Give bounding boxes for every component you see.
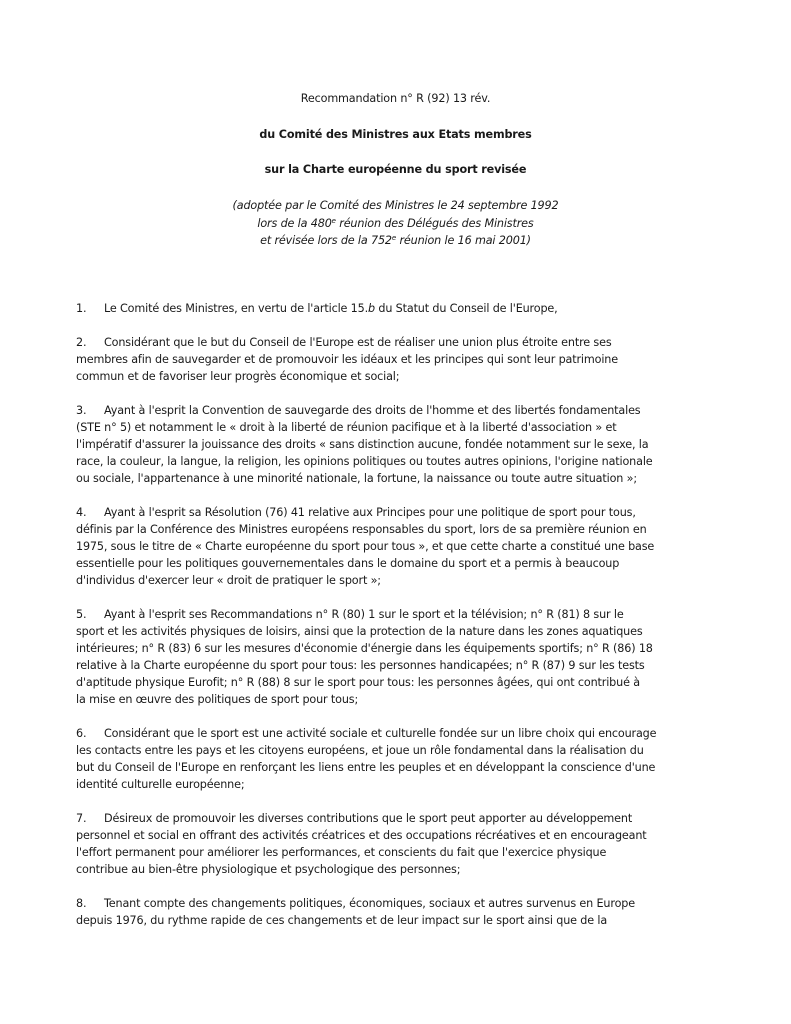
addressee-heading: du Comité des Ministres aux Etats membre… xyxy=(0,128,791,141)
paragraph-line: l'effort permanent pour améliorer les pe… xyxy=(76,844,716,861)
adoption-line-3: et révisée lors de la 752e réunion le 16… xyxy=(0,232,791,250)
paragraph-number: 2. xyxy=(76,334,104,351)
paragraph-line-text: contribue au bien-être physiologique et … xyxy=(76,863,460,876)
paragraph-2: 2.Considérant que le but du Conseil de l… xyxy=(76,334,716,385)
paragraph-line: essentielle pour les politiques gouverne… xyxy=(76,555,716,572)
paragraph-line-text: personnel et social en offrant des activ… xyxy=(76,829,647,842)
paragraph-line-text: sport et les activités physiques de lois… xyxy=(76,625,643,638)
paragraph-line-text: la mise en œuvre des politiques de sport… xyxy=(76,693,358,706)
paragraph-line: ou sociale, l'appartenance à une minorit… xyxy=(76,470,716,487)
paragraph-line: l'impératif d'assurer la jouissance des … xyxy=(76,436,716,453)
paragraph-number: 1. xyxy=(76,300,104,317)
recommendation-number: Recommandation n° R (92) 13 rév. xyxy=(0,92,791,105)
paragraph-line: 3.Ayant à l'esprit la Convention de sauv… xyxy=(76,402,716,419)
paragraph-line-text: (STE n° 5) et notamment le « droit à la … xyxy=(76,421,616,434)
paragraph-number: 4. xyxy=(76,504,104,521)
document-page: Recommandation n° R (92) 13 rév. du Comi… xyxy=(0,0,791,1024)
paragraph-line: race, la couleur, la langue, la religion… xyxy=(76,453,716,470)
paragraph-line: d'aptitude physique Eurofit; n° R (88) 8… xyxy=(76,674,716,691)
paragraph-line: 2.Considérant que le but du Conseil de l… xyxy=(76,334,716,351)
paragraph-number: 5. xyxy=(76,606,104,623)
paragraph-line-text: 1975, sous le titre de « Charte européen… xyxy=(76,540,654,553)
paragraph-line: depuis 1976, du rythme rapide de ces cha… xyxy=(76,912,716,929)
paragraph-line: intérieures; n° R (83) 6 sur les mesures… xyxy=(76,640,716,657)
paragraph-line: commun et de favoriser leur progrès écon… xyxy=(76,368,716,385)
paragraph-4: 4.Ayant à l'esprit sa Résolution (76) 41… xyxy=(76,504,716,589)
adoption-line-2-rest: réunion des Délégués des Ministres xyxy=(336,217,534,230)
paragraph-line: 1975, sous le titre de « Charte européen… xyxy=(76,538,716,555)
paragraph-line: sport et les activités physiques de lois… xyxy=(76,623,716,640)
paragraph-line-text: d'individus d'exercer leur « droit de pr… xyxy=(76,574,381,587)
paragraph-number: 7. xyxy=(76,810,104,827)
paragraph-line-text: membres afin de sauvegarder et de promou… xyxy=(76,353,618,366)
paragraph-line-text: Ayant à l'esprit ses Recommandations n° … xyxy=(104,608,624,621)
adoption-line-1: (adoptée par le Comité des Ministres le … xyxy=(0,197,791,215)
paragraph-line-text: relative à la Charte européenne du sport… xyxy=(76,659,645,672)
paragraph-number: 6. xyxy=(76,725,104,742)
paragraph-line-text: Désireux de promouvoir les diverses cont… xyxy=(104,812,632,825)
paragraph-line: les contacts entre les pays et les citoy… xyxy=(76,742,716,759)
paragraph-line-text: Ayant à l'esprit sa Résolution (76) 41 r… xyxy=(104,506,636,519)
adoption-line-3-text: et révisée lors de la 752 xyxy=(260,234,392,247)
paragraph-1: 1.Le Comité des Ministres, en vertu de l… xyxy=(76,300,716,317)
paragraph-line-text: essentielle pour les politiques gouverne… xyxy=(76,557,619,570)
paragraph-line-text: l'impératif d'assurer la jouissance des … xyxy=(76,438,648,451)
adoption-note: (adoptée par le Comité des Ministres le … xyxy=(0,197,791,250)
paragraph-line: 7.Désireux de promouvoir les diverses co… xyxy=(76,810,716,827)
paragraph-line-text: depuis 1976, du rythme rapide de ces cha… xyxy=(76,914,607,927)
paragraph-line: la mise en œuvre des politiques de sport… xyxy=(76,691,716,708)
paragraph-line: contribue au bien-être physiologique et … xyxy=(76,861,716,878)
paragraph-line-text: d'aptitude physique Eurofit; n° R (88) 8… xyxy=(76,676,640,689)
paragraph-line: 1.Le Comité des Ministres, en vertu de l… xyxy=(76,300,716,317)
paragraph-line-text: Le Comité des Ministres, en vertu de l'a… xyxy=(104,302,558,315)
paragraph-line-text: Considérant que le but du Conseil de l'E… xyxy=(104,336,612,349)
paragraph-number: 8. xyxy=(76,895,104,912)
paragraph-line-text: Tenant compte des changements politiques… xyxy=(104,897,635,910)
paragraph-line: 4.Ayant à l'esprit sa Résolution (76) 41… xyxy=(76,504,716,521)
paragraph-5: 5.Ayant à l'esprit ses Recommandations n… xyxy=(76,606,716,708)
paragraph-line: (STE n° 5) et notamment le « droit à la … xyxy=(76,419,716,436)
paragraph-line-text: race, la couleur, la langue, la religion… xyxy=(76,455,653,468)
paragraph-line-text: identité culturelle européenne; xyxy=(76,778,244,791)
paragraph-line: identité culturelle européenne; xyxy=(76,776,716,793)
paragraph-line: 5.Ayant à l'esprit ses Recommandations n… xyxy=(76,606,716,623)
paragraph-line: personnel et social en offrant des activ… xyxy=(76,827,716,844)
paragraph-line: but du Conseil de l'Europe en renforçant… xyxy=(76,759,716,776)
paragraph-line-text: les contacts entre les pays et les citoy… xyxy=(76,744,644,757)
paragraph-7: 7.Désireux de promouvoir les diverses co… xyxy=(76,810,716,878)
paragraph-line: d'individus d'exercer leur « droit de pr… xyxy=(76,572,716,589)
paragraph-line-text: Considérant que le sport est une activit… xyxy=(104,727,656,740)
paragraph-line-text: commun et de favoriser leur progrès écon… xyxy=(76,370,399,383)
document-body: 1.Le Comité des Ministres, en vertu de l… xyxy=(76,300,716,946)
paragraph-line: membres afin de sauvegarder et de promou… xyxy=(76,351,716,368)
adoption-line-2-text: lors de la 480 xyxy=(257,217,331,230)
paragraph-8: 8.Tenant compte des changements politiqu… xyxy=(76,895,716,929)
adoption-line-3-rest: réunion le 16 mai 2001) xyxy=(396,234,531,247)
paragraph-line: 8.Tenant compte des changements politiqu… xyxy=(76,895,716,912)
paragraph-line-text: Ayant à l'esprit la Convention de sauveg… xyxy=(104,404,641,417)
subject-heading: sur la Charte européenne du sport revisé… xyxy=(0,163,791,176)
paragraph-line-text: intérieures; n° R (83) 6 sur les mesures… xyxy=(76,642,653,655)
paragraph-6: 6.Considérant que le sport est une activ… xyxy=(76,725,716,793)
paragraph-line: 6.Considérant que le sport est une activ… xyxy=(76,725,716,742)
paragraph-3: 3.Ayant à l'esprit la Convention de sauv… xyxy=(76,402,716,487)
paragraph-line-text: but du Conseil de l'Europe en renforçant… xyxy=(76,761,655,774)
paragraph-line: définis par la Conférence des Ministres … xyxy=(76,521,716,538)
paragraph-line-text: définis par la Conférence des Ministres … xyxy=(76,523,647,536)
paragraph-line-text: l'effort permanent pour améliorer les pe… xyxy=(76,846,606,859)
paragraph-line-text: ou sociale, l'appartenance à une minorit… xyxy=(76,472,637,485)
paragraph-line: relative à la Charte européenne du sport… xyxy=(76,657,716,674)
paragraph-number: 3. xyxy=(76,402,104,419)
adoption-line-2: lors de la 480e réunion des Délégués des… xyxy=(0,215,791,233)
